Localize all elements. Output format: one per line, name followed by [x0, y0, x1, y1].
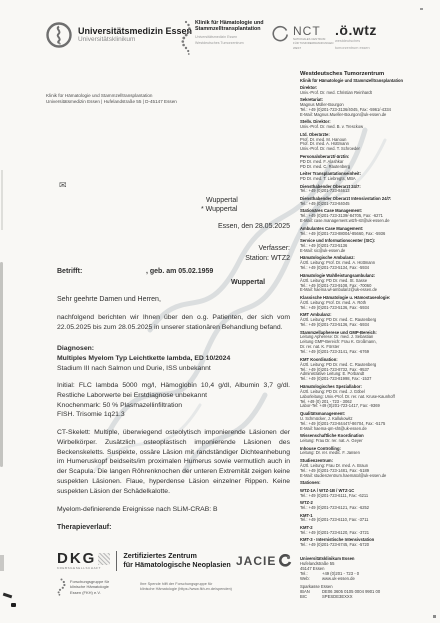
wtz-wordmark: .ö.wtz — [335, 24, 377, 37]
fkh-logo: Forschungsgruppe für klinische Hämatolog… — [57, 578, 109, 596]
salutation: Sehr geehrte Damen und Herren, — [57, 296, 161, 303]
sidebar-section-line: Leitung: Dr. rer. medic. F. Jansen — [300, 451, 436, 456]
station-label: Station: WTZ2 — [180, 254, 290, 264]
fkh-line2: klinische Hämatologie — [70, 584, 109, 589]
clinic-logo: Klinik für Hämatologie und Stammzelltran… — [181, 20, 264, 56]
web-value: www.uk-essen.de — [322, 576, 355, 581]
lab-values-block: Initial: FLC lambda 5000 mg/l, Hämoglobi… — [57, 381, 290, 420]
nct-sub3: WEST — [293, 47, 333, 50]
sidebar-section: Stationen: — [300, 481, 436, 486]
sidebar-section-line: Tel.: +49 (0)201-723-6120, Fax: -3721 — [300, 531, 436, 536]
sidebar-section-line: E-Mail: sic@uk-essen.de — [300, 249, 436, 254]
nct-logo: NCT NATIONALES CENTRUM FÜR TUMORERKRANKU… — [272, 25, 333, 50]
sidebar-section: Hämatologie Wahlleistungsambulanz:Ärztl.… — [300, 274, 436, 294]
lab-line: FISH. Trisomie 1q21.3 — [57, 410, 290, 420]
diagnosis-stage: Stadium III nach Salmon und Durie, ISS u… — [57, 364, 290, 374]
letter-date: Essen, den 28.05.2025 — [180, 223, 290, 230]
divider — [116, 551, 117, 571]
scan-artifact — [0, 262, 3, 467]
ume-logo-title: Universitätsmedizin Essen — [78, 26, 192, 36]
intro-paragraph: nachfolgend berichten wir Ihnen über den… — [57, 313, 290, 333]
diagnosis-main: Multiples Myelom Typ Leichtkette lambda,… — [57, 354, 290, 364]
recipient-city-line2: * Wuppertal — [201, 205, 238, 214]
donation-note: Ihre Spende hilft der Forschungsgruppe f… — [140, 582, 232, 592]
sidebar-section-line: E-Mail: Magnus.Mueller-Bourgon@uk-essen.… — [300, 113, 436, 118]
sidebar-section: KMT-1Tel.: +49 (0)201-723-6110, Fax: -37… — [300, 514, 436, 524]
sidebar-section-line: Tel.: +49 (0)201-723-5136, Fax: -5934 — [300, 323, 436, 328]
sidebar-subtitle: Klinik für Hämatologie und Stammzelltran… — [300, 78, 436, 83]
sidebar-section: Ambulantes Case Management:Tel.: +49 (0)… — [300, 227, 436, 237]
recipient-city-line1: Wuppertal — [206, 196, 238, 205]
bic-label: BIC — [300, 594, 322, 599]
sidebar-section-line: Tel.: +49 (0)201-723-3141, Fax: -6769 — [300, 350, 436, 355]
author-block: Verfasser: Station: WTZ2 — [180, 244, 290, 263]
sidebar-section: KMT Ambulanz:Ärztl. Leitung: PD Dr. med.… — [300, 313, 436, 328]
subject-label: Betrifft: — [57, 268, 82, 275]
dkg-wordmark: DKG — [57, 552, 96, 566]
sidebar-section: Service und Informationscenter (SIC):Tel… — [300, 239, 436, 254]
sidebar-section: KMT Koordination:Ärztl. Leitung: PD Dr. … — [300, 358, 436, 383]
jacie-wordmark: JACIE — [236, 554, 276, 568]
dkg-sub: KREBSGESELLSCHAFT — [57, 566, 110, 570]
diagnoses-heading: Diagnosen: — [57, 344, 290, 354]
sidebar-section: Hämatologische Ambulanz:Ärztl. Leitung: … — [300, 256, 436, 271]
scan-artifact — [433, 615, 436, 618]
subject-value: , geb. am 05.02.1959 — [146, 268, 213, 275]
wtz-sub1: westdeutsches — [335, 39, 377, 44]
sidebar-section-heading: Stationen: — [300, 481, 436, 486]
sidebar-section: Sekretariat:Magnus Müller-BourgonTel.: +… — [300, 98, 436, 118]
scan-artifact — [0, 555, 4, 571]
sidebar-section-line: Univ.-Prof. Dr. med. Christian Reinhardt — [300, 91, 436, 96]
sidebar-section: Diensthabender Oberarzt 24/7:Tel.: +49 (… — [300, 185, 436, 195]
sidebar-section-line: Leitung: Frau Dr. rer. nat. A. Geyer — [300, 439, 436, 444]
clinic-logo-sub2: Westdeutsches Tumorzentrum — [195, 41, 264, 46]
sidebar-section-line: Tel.: +49 (0)201-723-81998, Fax: -1537 — [300, 377, 436, 382]
jacie-swirl-icon — [278, 554, 292, 568]
nct-ring-icon — [272, 25, 289, 42]
sidebar-section: Direktor:Univ.-Prof. Dr. med. Christian … — [300, 86, 436, 96]
sidebar-section-line: Tel.: +49 (0)201-723-84613 — [300, 189, 436, 194]
recipient-address-block: Wuppertal * Wuppertal — [206, 196, 238, 214]
sidebar-section-line: Labor-Tel: +49 (0)201-723-1417, Fax: -93… — [300, 404, 436, 409]
web-label: Web: — [300, 576, 322, 581]
clinic-logo-sub1: Universitätsmedizin Essen — [195, 35, 264, 40]
sidebar-section-line: Tel.: +49 (0)201-723-5134, Fax: -5934 — [300, 266, 436, 271]
diagnoses-block: Diagnosen: Multiples Myelom Typ Leichtke… — [57, 344, 290, 373]
slim-crab-line: Myelom-definierende Ereignisse nach SLiM… — [57, 506, 218, 513]
sidebar-title: Westdeutsches Tumorzentrum — [300, 71, 436, 78]
scanned-letter-page: Universitätsmedizin Essen Universitätskl… — [0, 0, 440, 623]
ume-staff-icon — [46, 22, 72, 48]
sidebar-section: KMT-3 - Internistische IntensivstationTe… — [300, 538, 436, 548]
scan-artifact — [3, 593, 12, 599]
wtz-logo: .ö.wtz westdeutsches tumorzentrum essen — [335, 24, 377, 51]
lab-line: Knochenmark: 50 % Plasmazellinfiltration — [57, 401, 290, 411]
sidebar-section-line: Tel.: +49 (0)201-723-6745, Fax: -5720 — [300, 543, 436, 548]
sidebar-section: KMT-2Tel.: +49 (0)201-723-6120, Fax: -37… — [300, 526, 436, 536]
sidebar-section: Ltd. Oberärzte:Prof. Dr. med. M. HanounP… — [300, 133, 436, 153]
sidebar-section: Diensthabender Oberarzt Intensivstation … — [300, 197, 436, 207]
dkg-cert-line2: für Hämatologische Neoplasien — [123, 561, 230, 570]
sidebar-section: Hämatologisches Speziallabor:Ärztl. Leit… — [300, 385, 436, 410]
fkh-line3: Essen (FKH) e.V. — [70, 590, 109, 595]
sidebar-section: Stammzellapherese und GMP-Bereich:Leitun… — [300, 331, 436, 356]
therapy-course-heading: Therapieverlauf: — [57, 524, 111, 531]
scan-artifact — [420, 8, 423, 10]
fkh-dots-icon — [57, 578, 66, 596]
sidebar-section-line: Univ.-Prof. Dr. med. T. Schroeder — [300, 147, 436, 152]
sidebar-section: WTZ-2Tel.: +49 (0)201-723-6121, Fax: -62… — [300, 501, 436, 511]
contact-sidebar: Westdeutsches Tumorzentrum Klinik für Hä… — [300, 71, 436, 551]
dkg-certification: DKG KREBSGESELLSCHAFT Zertifiziertes Zen… — [57, 551, 231, 571]
ume-logo: Universitätsmedizin Essen Universitätskl… — [46, 22, 192, 48]
sidebar-section-line: Tel.: +49 (0)201-723-6121, Fax: -6252 — [300, 506, 436, 511]
sidebar-sections: Direktor:Univ.-Prof. Dr. med. Christian … — [300, 86, 436, 549]
donation-line2: klinische Hämatologie (https://www.fkh-e… — [140, 587, 232, 592]
sidebar-section: Klassische Hämatologie u. Hämostaseologi… — [300, 296, 436, 311]
sidebar-section: Personaloberarzt/-ärztin:PD Dr. med. F. … — [300, 155, 436, 170]
sidebar-section: Qualitätsmanagement:U. Schmücker, J. Kal… — [300, 412, 436, 432]
nct-wordmark: NCT — [293, 25, 333, 37]
jacie-logo: JACIE — [236, 554, 292, 568]
dotted-helix-icon — [181, 20, 191, 56]
scan-artifact — [11, 603, 16, 607]
sidebar-section-line: Tel.: +49 (0)201-723-84045 — [300, 202, 436, 207]
wtz-sub2: tumorzentrum essen — [335, 46, 377, 51]
sidebar-section: Leiter Transplantationseinheit:PD Dr. me… — [300, 172, 436, 182]
envelope-icon: ✉ — [59, 180, 67, 191]
sidebar-section-line: Tel.: +49 (0)201-723-6111, Fax: -6211 — [300, 494, 436, 499]
bic-value: SPESDE3EXXX — [322, 594, 353, 599]
sender-line2: Universitätsmedizin Essen | Hufelandstra… — [46, 99, 177, 105]
sidebar-section-line: E-Mail: studienzentrum.haematol@uk-essen… — [300, 474, 436, 479]
hospital-footer-block: Universitätsklinikum Essen Hufelandstraß… — [300, 556, 436, 599]
sidebar-section: Inhouse Controlling:Leitung: Dr. rer. me… — [300, 447, 436, 457]
sidebar-section-line: E-Mail: case.management.wtzh-str@uk-esse… — [300, 219, 436, 224]
sidebar-section-line: Tel.: +49 (0)201-723-88004/-85660, Fax: … — [300, 232, 436, 237]
scan-artifact — [1, 170, 3, 230]
subject-city: Wuppertal — [231, 279, 265, 286]
sidebar-section: Stationäres Case Management:Tel.: +49 (0… — [300, 209, 436, 224]
sidebar-section-line: PD Dr. med. T. Liebregts, MBA — [300, 177, 436, 182]
author-label: Verfasser: — [180, 244, 290, 254]
sidebar-section: Studienzentrum:Ärztl. Leitung: Frau Dr. … — [300, 459, 436, 479]
sidebar-section-line: PD Dr. med. C. Rautenberg — [300, 165, 436, 170]
dkg-hatch-icon — [98, 553, 110, 565]
clinic-logo-line2: Stammzelltransplantation — [195, 26, 264, 32]
ct-skeleton-paragraph: CT-Skelett: Multiple, überwiegend osteol… — [57, 428, 290, 497]
sender-address-block: Klinik für Hämatologie und Stammzelltran… — [46, 93, 177, 105]
ume-logo-subtitle: Universitätsklinikum — [78, 36, 192, 44]
sidebar-section-line: Tel.: +49 (0)201-723-5136, Fax: -5934 — [300, 306, 436, 311]
sidebar-section: Wissenschaftliche KoordinationLeitung: F… — [300, 434, 436, 444]
sidebar-section: Stellv. Direktor:Univ.-Prof. Dr. med. B.… — [300, 120, 436, 130]
sidebar-section-line: Tel.: +49 (0)201-723-6110, Fax: -3711 — [300, 518, 436, 523]
sidebar-section-line: E-Mail: haema-qm-sht@uk-essen.de — [300, 427, 436, 432]
lab-line: Initial: FLC lambda 5000 mg/l, Hämoglobi… — [57, 381, 290, 401]
hospital-bic-row: BICSPESDE3EXXX — [300, 594, 436, 599]
sidebar-section-line: Univ.-Prof. Dr. med. B. v. Tresckow — [300, 125, 436, 130]
sidebar-section: WTZ-1A / WTZ-1B / WTZ-1CTel.: +49 (0)201… — [300, 489, 436, 499]
sidebar-section-line: E-Mail: haema.wl-ambulanz@uk-essen.de — [300, 288, 436, 293]
